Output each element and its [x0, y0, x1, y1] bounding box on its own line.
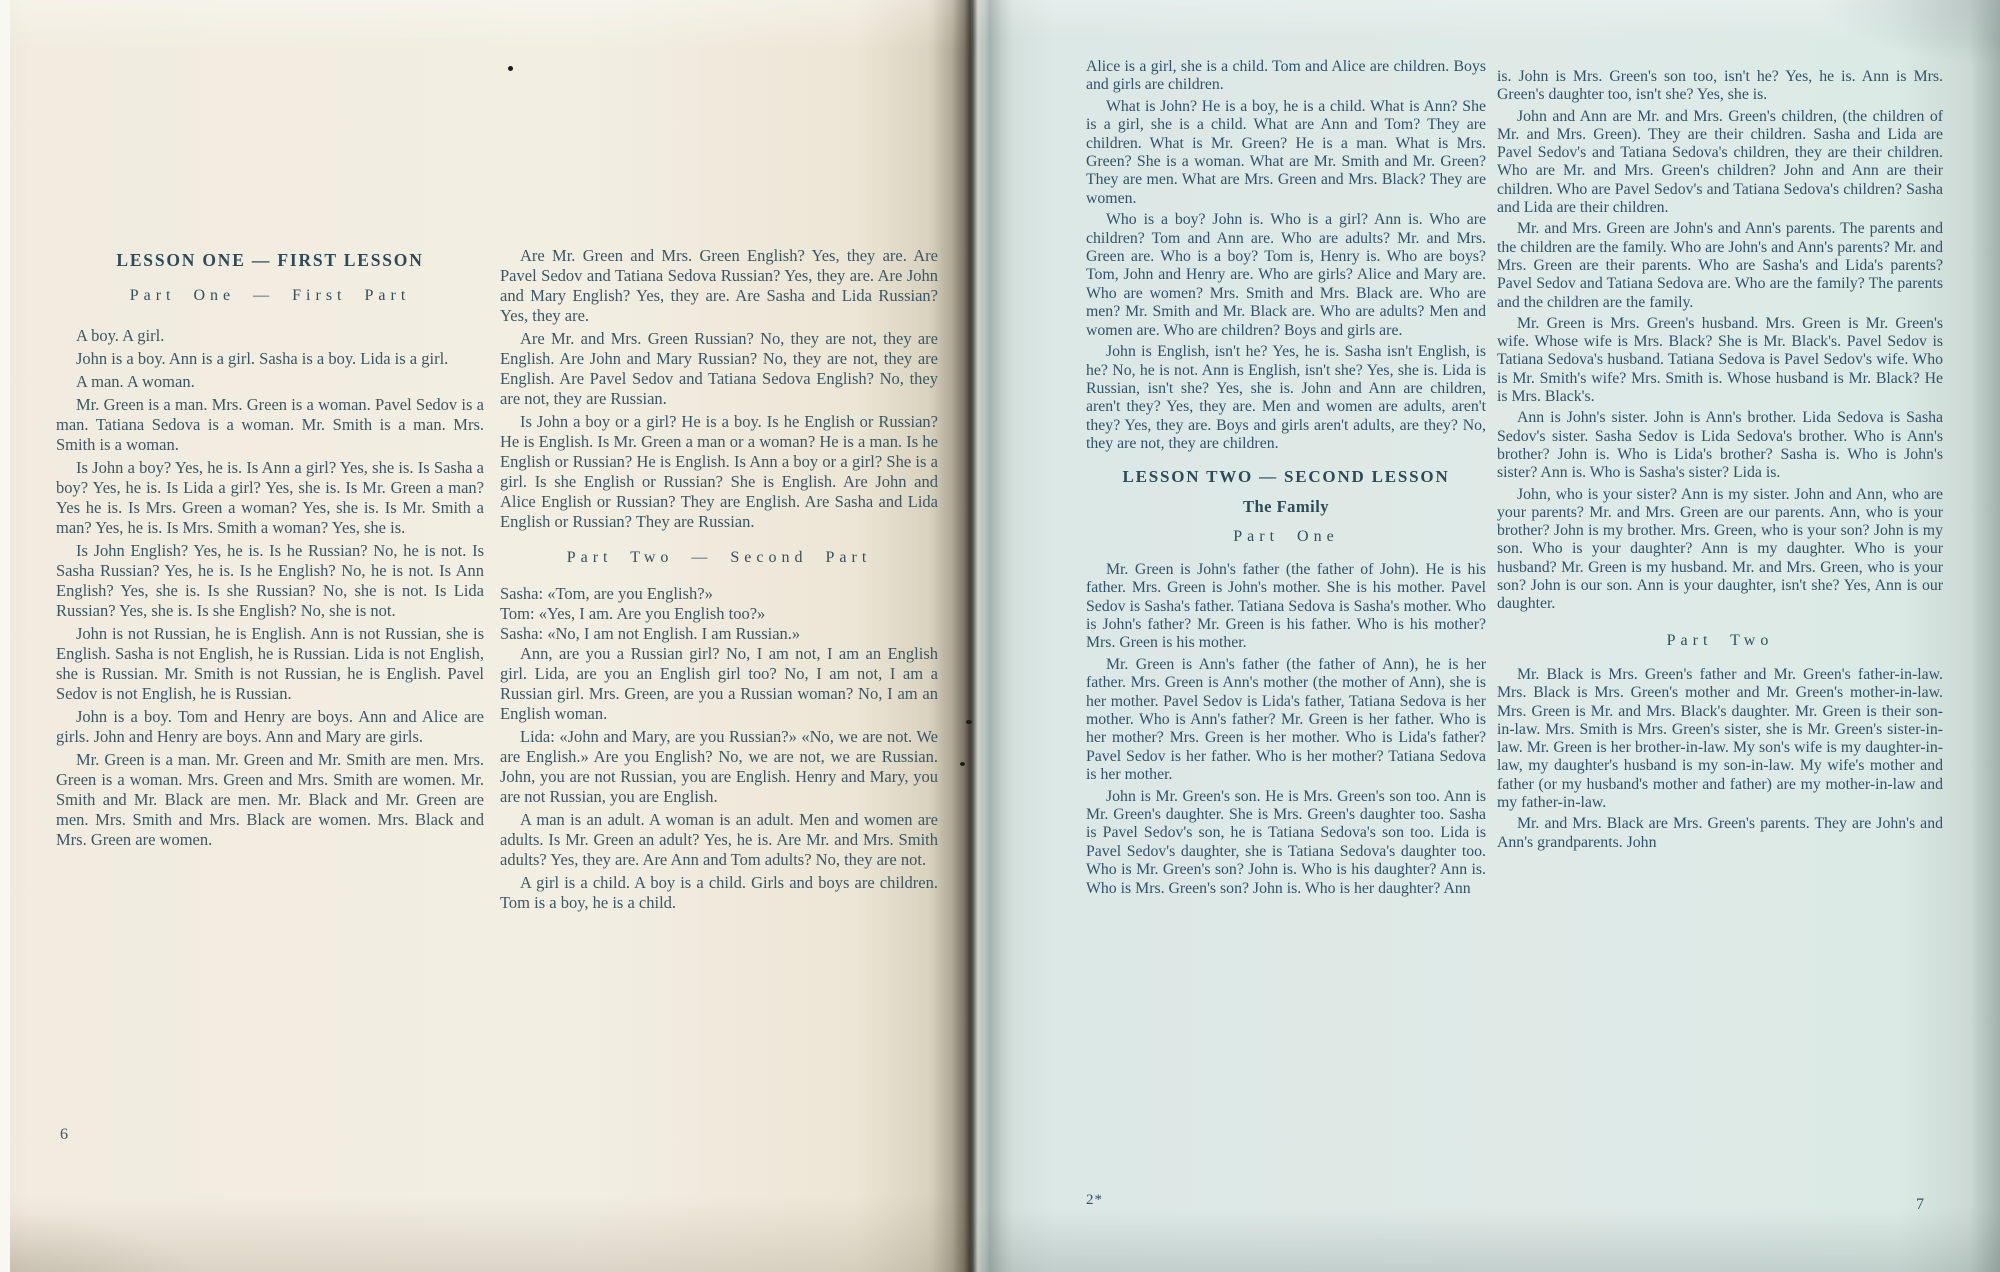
paragraph: Mr. Green is a man. Mrs. Green is a woma… — [56, 395, 484, 455]
right-col2-paragraphs-top: John and Ann are Mr. and Mrs. Green's ch… — [1497, 108, 1943, 614]
lesson-one-heading: LESSON ONE — FIRST LESSON — [56, 250, 484, 270]
paragraph: Is John a boy or a girl? He is a boy. Is… — [500, 412, 938, 532]
stitch-speck — [960, 762, 965, 766]
right-col1-paragraphs-bottom: Mr. Green is John's father (the father o… — [1086, 561, 1486, 898]
right-page-column-2: is. John is Mrs. Green's son too, isn't … — [1497, 68, 1943, 855]
paragraph: John is a boy. Tom and Henry are boys. A… — [56, 707, 484, 747]
paragraph: John, who is your sister? Ann is my sist… — [1497, 486, 1943, 614]
continued-paragraph: Alice is a girl, she is a child. Tom and… — [1086, 58, 1486, 95]
paragraph: Who is a boy? John is. Who is a girl? An… — [1086, 211, 1486, 340]
paragraph: A man. A woman. — [56, 372, 484, 392]
right-col2-paragraphs-bottom: Mr. Black is Mrs. Green's father and Mr.… — [1497, 666, 1943, 852]
paragraph: Is John English? Yes, he is. Is he Russi… — [56, 541, 484, 621]
dialogue-line: Sasha: «Tom, are you English?» — [500, 584, 938, 604]
paragraph: John and Ann are Mr. and Mrs. Green's ch… — [1497, 108, 1943, 218]
paragraph: Ann is John's sister. John is Ann's brot… — [1497, 409, 1943, 482]
paragraph: What is John? He is a boy, he is a child… — [1086, 98, 1486, 208]
continued-paragraph: is. John is Mrs. Green's son too, isn't … — [1497, 68, 1943, 105]
page-number-6: 6 — [60, 1126, 68, 1144]
paragraph: Are Mr. and Mrs. Green Russian? No, they… — [500, 329, 938, 409]
left-col2-paragraphs-bottom: Ann, are you a Russian girl? No, I am no… — [500, 644, 938, 913]
paragraph: Mr. and Mrs. Green are John's and Ann's … — [1497, 220, 1943, 311]
left-page-column-1: LESSON ONE — FIRST LESSON Part One — Fir… — [56, 250, 484, 853]
stitch-speck — [966, 720, 972, 724]
dialogue-line: Tom: «Yes, I am. Are you English too?» — [500, 604, 938, 624]
paragraph: A girl is a child. A boy is a child. Gir… — [500, 873, 938, 913]
lesson-two-heading: LESSON TWO — SECOND LESSON — [1086, 468, 1486, 486]
paragraph: Mr. Green is Ann's father (the father of… — [1086, 656, 1486, 785]
printers-signature-mark: 2* — [1086, 1192, 1103, 1209]
paragraph: Mr. Black is Mrs. Green's father and Mr.… — [1497, 666, 1943, 812]
paragraph: A man is an adult. A woman is an adult. … — [500, 810, 938, 870]
paragraph: Lida: «John and Mary, are you Russian?» … — [500, 727, 938, 807]
part-two-second-part-heading: Part Two — Second Part — [500, 548, 938, 568]
paragraph: A boy. A girl. — [56, 326, 484, 346]
paragraph: John is Mr. Green's son. He is Mrs. Gree… — [1086, 788, 1486, 898]
left-col1-paragraphs: A boy. A girl.John is a boy. Ann is a gi… — [56, 326, 484, 850]
paragraph: Is John a boy? Yes, he is. Is Ann a girl… — [56, 458, 484, 538]
paragraph: John is English, isn't he? Yes, he is. S… — [1086, 343, 1486, 453]
part-one-first-part-heading: Part One — First Part — [56, 286, 484, 306]
right-col1-paragraphs-top: What is John? He is a boy, he is a child… — [1086, 98, 1486, 454]
paragraph: John is a boy. Ann is a girl. Sasha is a… — [56, 349, 484, 369]
paragraph: Mr. Green is a man. Mr. Green and Mr. Sm… — [56, 750, 484, 850]
paragraph: Ann, are you a Russian girl? No, I am no… — [500, 644, 938, 724]
the-family-heading: The Family — [1086, 498, 1486, 516]
left-col2-paragraphs-top: Are Mr. Green and Mrs. Green English? Ye… — [500, 246, 938, 532]
paragraph: Mr. Green is Mrs. Green's husband. Mrs. … — [1497, 315, 1943, 406]
book-spread: LESSON ONE — FIRST LESSON Part One — Fir… — [0, 0, 2000, 1272]
dialogue-lines: Sasha: «Tom, are you English?»Tom: «Yes,… — [500, 584, 938, 644]
paragraph: Mr. and Mrs. Black are Mrs. Green's pare… — [1497, 815, 1943, 852]
right-page-column-1: Alice is a girl, she is a child. Tom and… — [1086, 58, 1486, 901]
paragraph: Mr. Green is John's father (the father o… — [1086, 561, 1486, 653]
part-one-heading: Part One — [1086, 528, 1486, 546]
paragraph: John is not Russian, he is English. Ann … — [56, 624, 484, 704]
page-number-7: 7 — [1916, 1196, 1924, 1214]
ink-speck — [508, 66, 513, 71]
dialogue-line: Sasha: «No, I am not English. I am Russi… — [500, 624, 938, 644]
paragraph: Are Mr. Green and Mrs. Green English? Ye… — [500, 246, 938, 326]
left-page-column-2: Are Mr. Green and Mrs. Green English? Ye… — [500, 246, 938, 916]
part-two-heading: Part Two — [1497, 632, 1943, 650]
